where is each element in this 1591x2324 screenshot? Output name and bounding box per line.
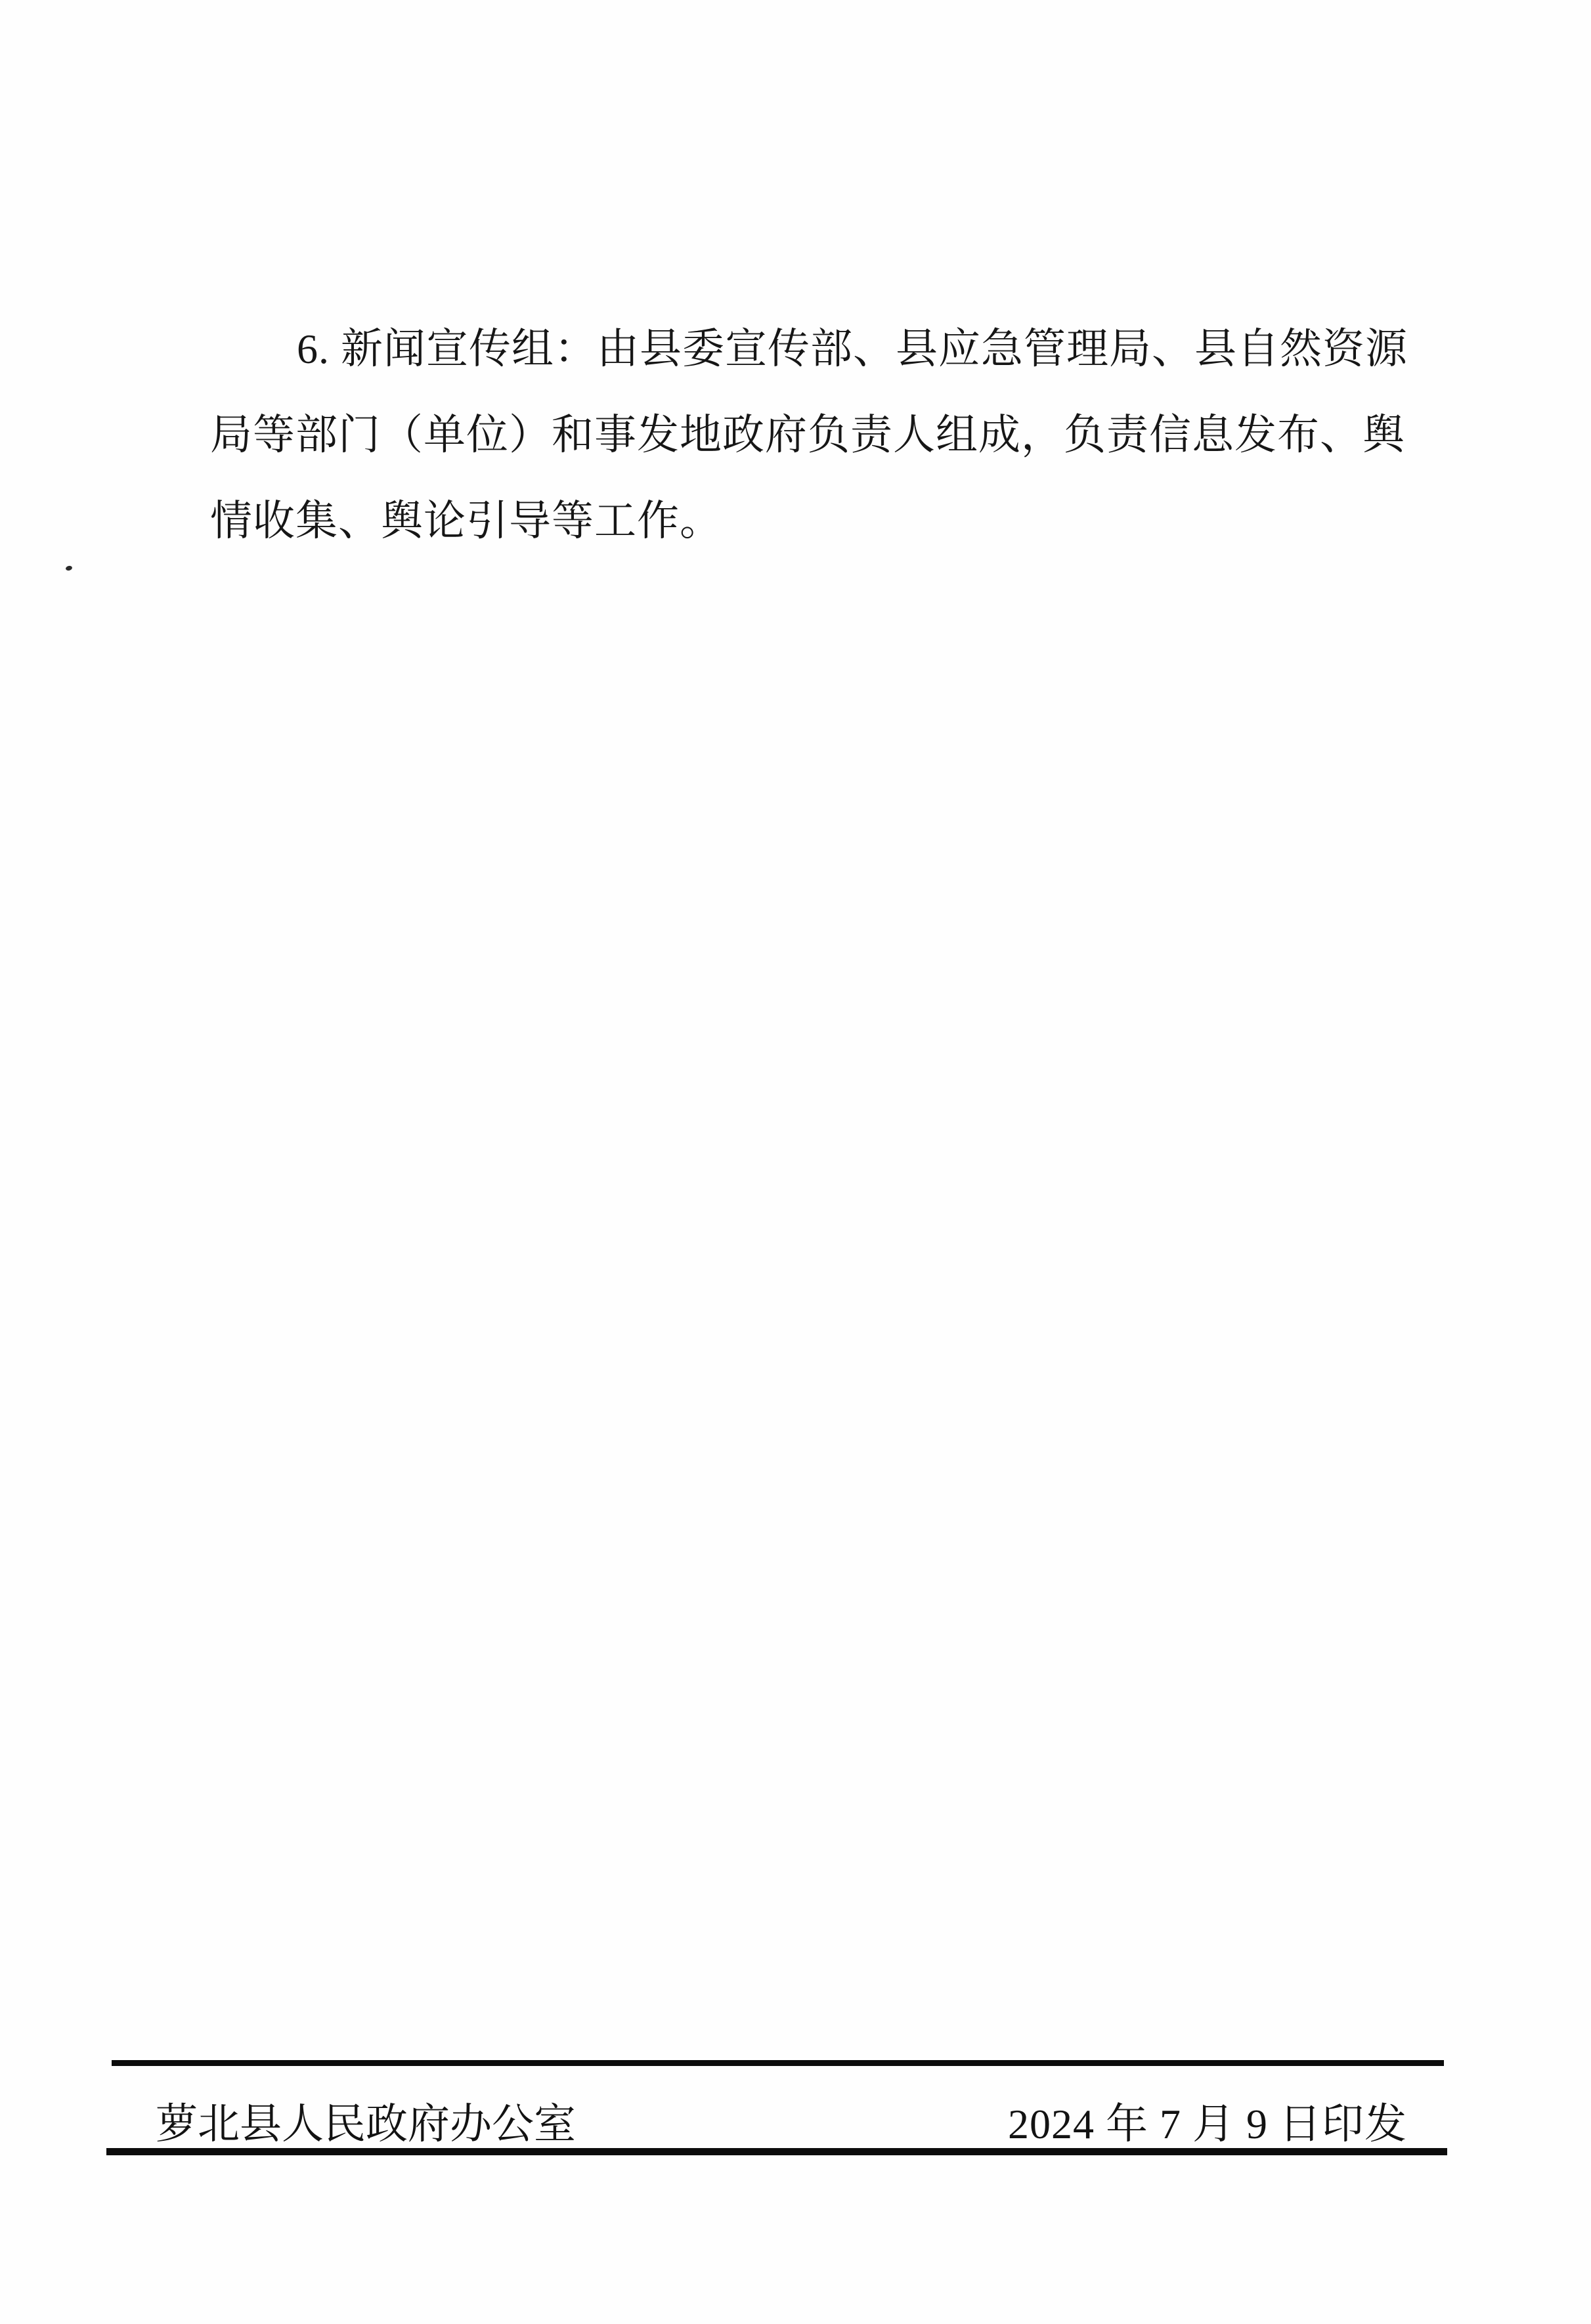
footer-row: 萝北县人民政府办公室 2024 年 7 月 9 日印发 bbox=[156, 2103, 1407, 2146]
document-page: 6. 新闻宣传组：由县委宣传部、县应急管理局、县自然资源 局等部门（单位）和事发… bbox=[0, 0, 1591, 2324]
issuing-office-label: 萝北县人民政府办公室 bbox=[156, 2103, 576, 2146]
body-paragraph: 6. 新闻宣传组：由县委宣传部、县应急管理局、县自然资源 局等部门（单位）和事发… bbox=[210, 306, 1416, 564]
paragraph-line-2: 局等部门（单位）和事发地政府负责人组成，负责信息发布、舆 bbox=[210, 392, 1416, 478]
footer-bottom-rule bbox=[106, 2148, 1447, 2155]
paragraph-line-3: 情收集、舆论引导等工作。 bbox=[210, 478, 1416, 564]
print-date-label: 2024 年 7 月 9 日印发 bbox=[1008, 2103, 1407, 2146]
paragraph-line-1: 6. 新闻宣传组：由县委宣传部、县应急管理局、县自然资源 bbox=[210, 306, 1416, 392]
ink-speck bbox=[65, 565, 72, 571]
footer-top-rule bbox=[112, 2060, 1444, 2066]
